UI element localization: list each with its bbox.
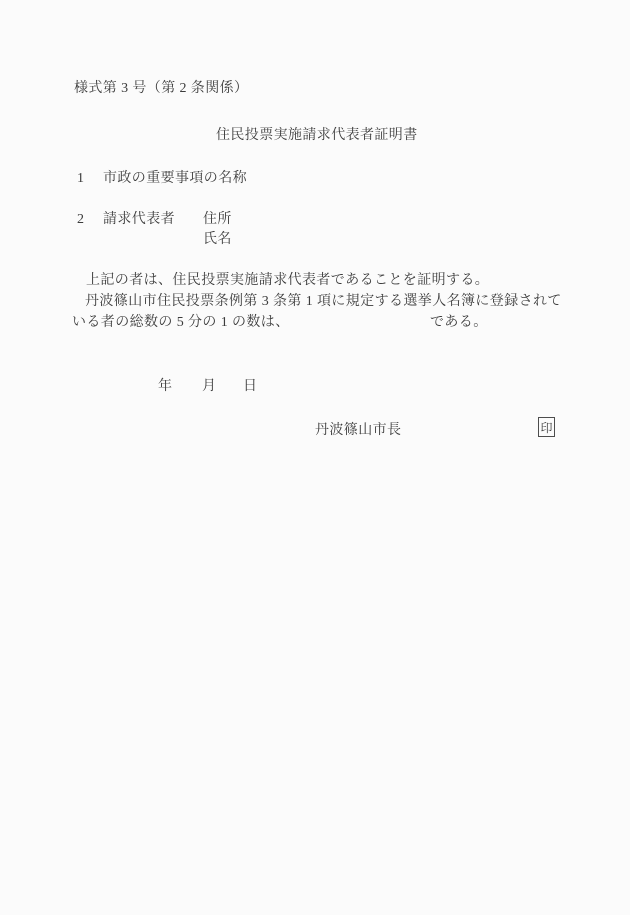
ordinance-sentence-line2-prefix: いる者の総数の 5 分の 1 の数は、: [72, 314, 290, 332]
item-1-label: 市政の重要事項の名称: [103, 170, 247, 188]
item-1-number: 1: [77, 170, 84, 188]
document-title: 住民投票実施請求代表者証明書: [216, 127, 418, 145]
seal-mark: 印: [540, 419, 552, 436]
year-label: 年: [158, 378, 172, 396]
mayor-title: 丹波篠山市長: [315, 422, 401, 440]
form-number: 様式第 3 号（第 2 条関係）: [74, 80, 248, 98]
day-label: 日: [243, 378, 257, 396]
ordinance-sentence-line1: 丹波篠山市住民投票条例第 3 条第 1 項に規定する選挙人名簿に登録されて: [85, 293, 562, 311]
address-field-label: 住所: [203, 211, 232, 229]
month-label: 月: [202, 378, 216, 396]
seal-box: 印: [538, 417, 555, 437]
name-field-label: 氏名: [203, 231, 232, 249]
document-page: 様式第 3 号（第 2 条関係） 住民投票実施請求代表者証明書 1 市政の重要事…: [0, 0, 630, 915]
item-2-label: 請求代表者: [103, 211, 175, 229]
ordinance-sentence-line2-suffix: である。: [430, 314, 488, 332]
item-2-number: 2: [77, 211, 84, 229]
certify-sentence: 上記の者は、住民投票実施請求代表者であることを証明する。: [86, 272, 489, 290]
